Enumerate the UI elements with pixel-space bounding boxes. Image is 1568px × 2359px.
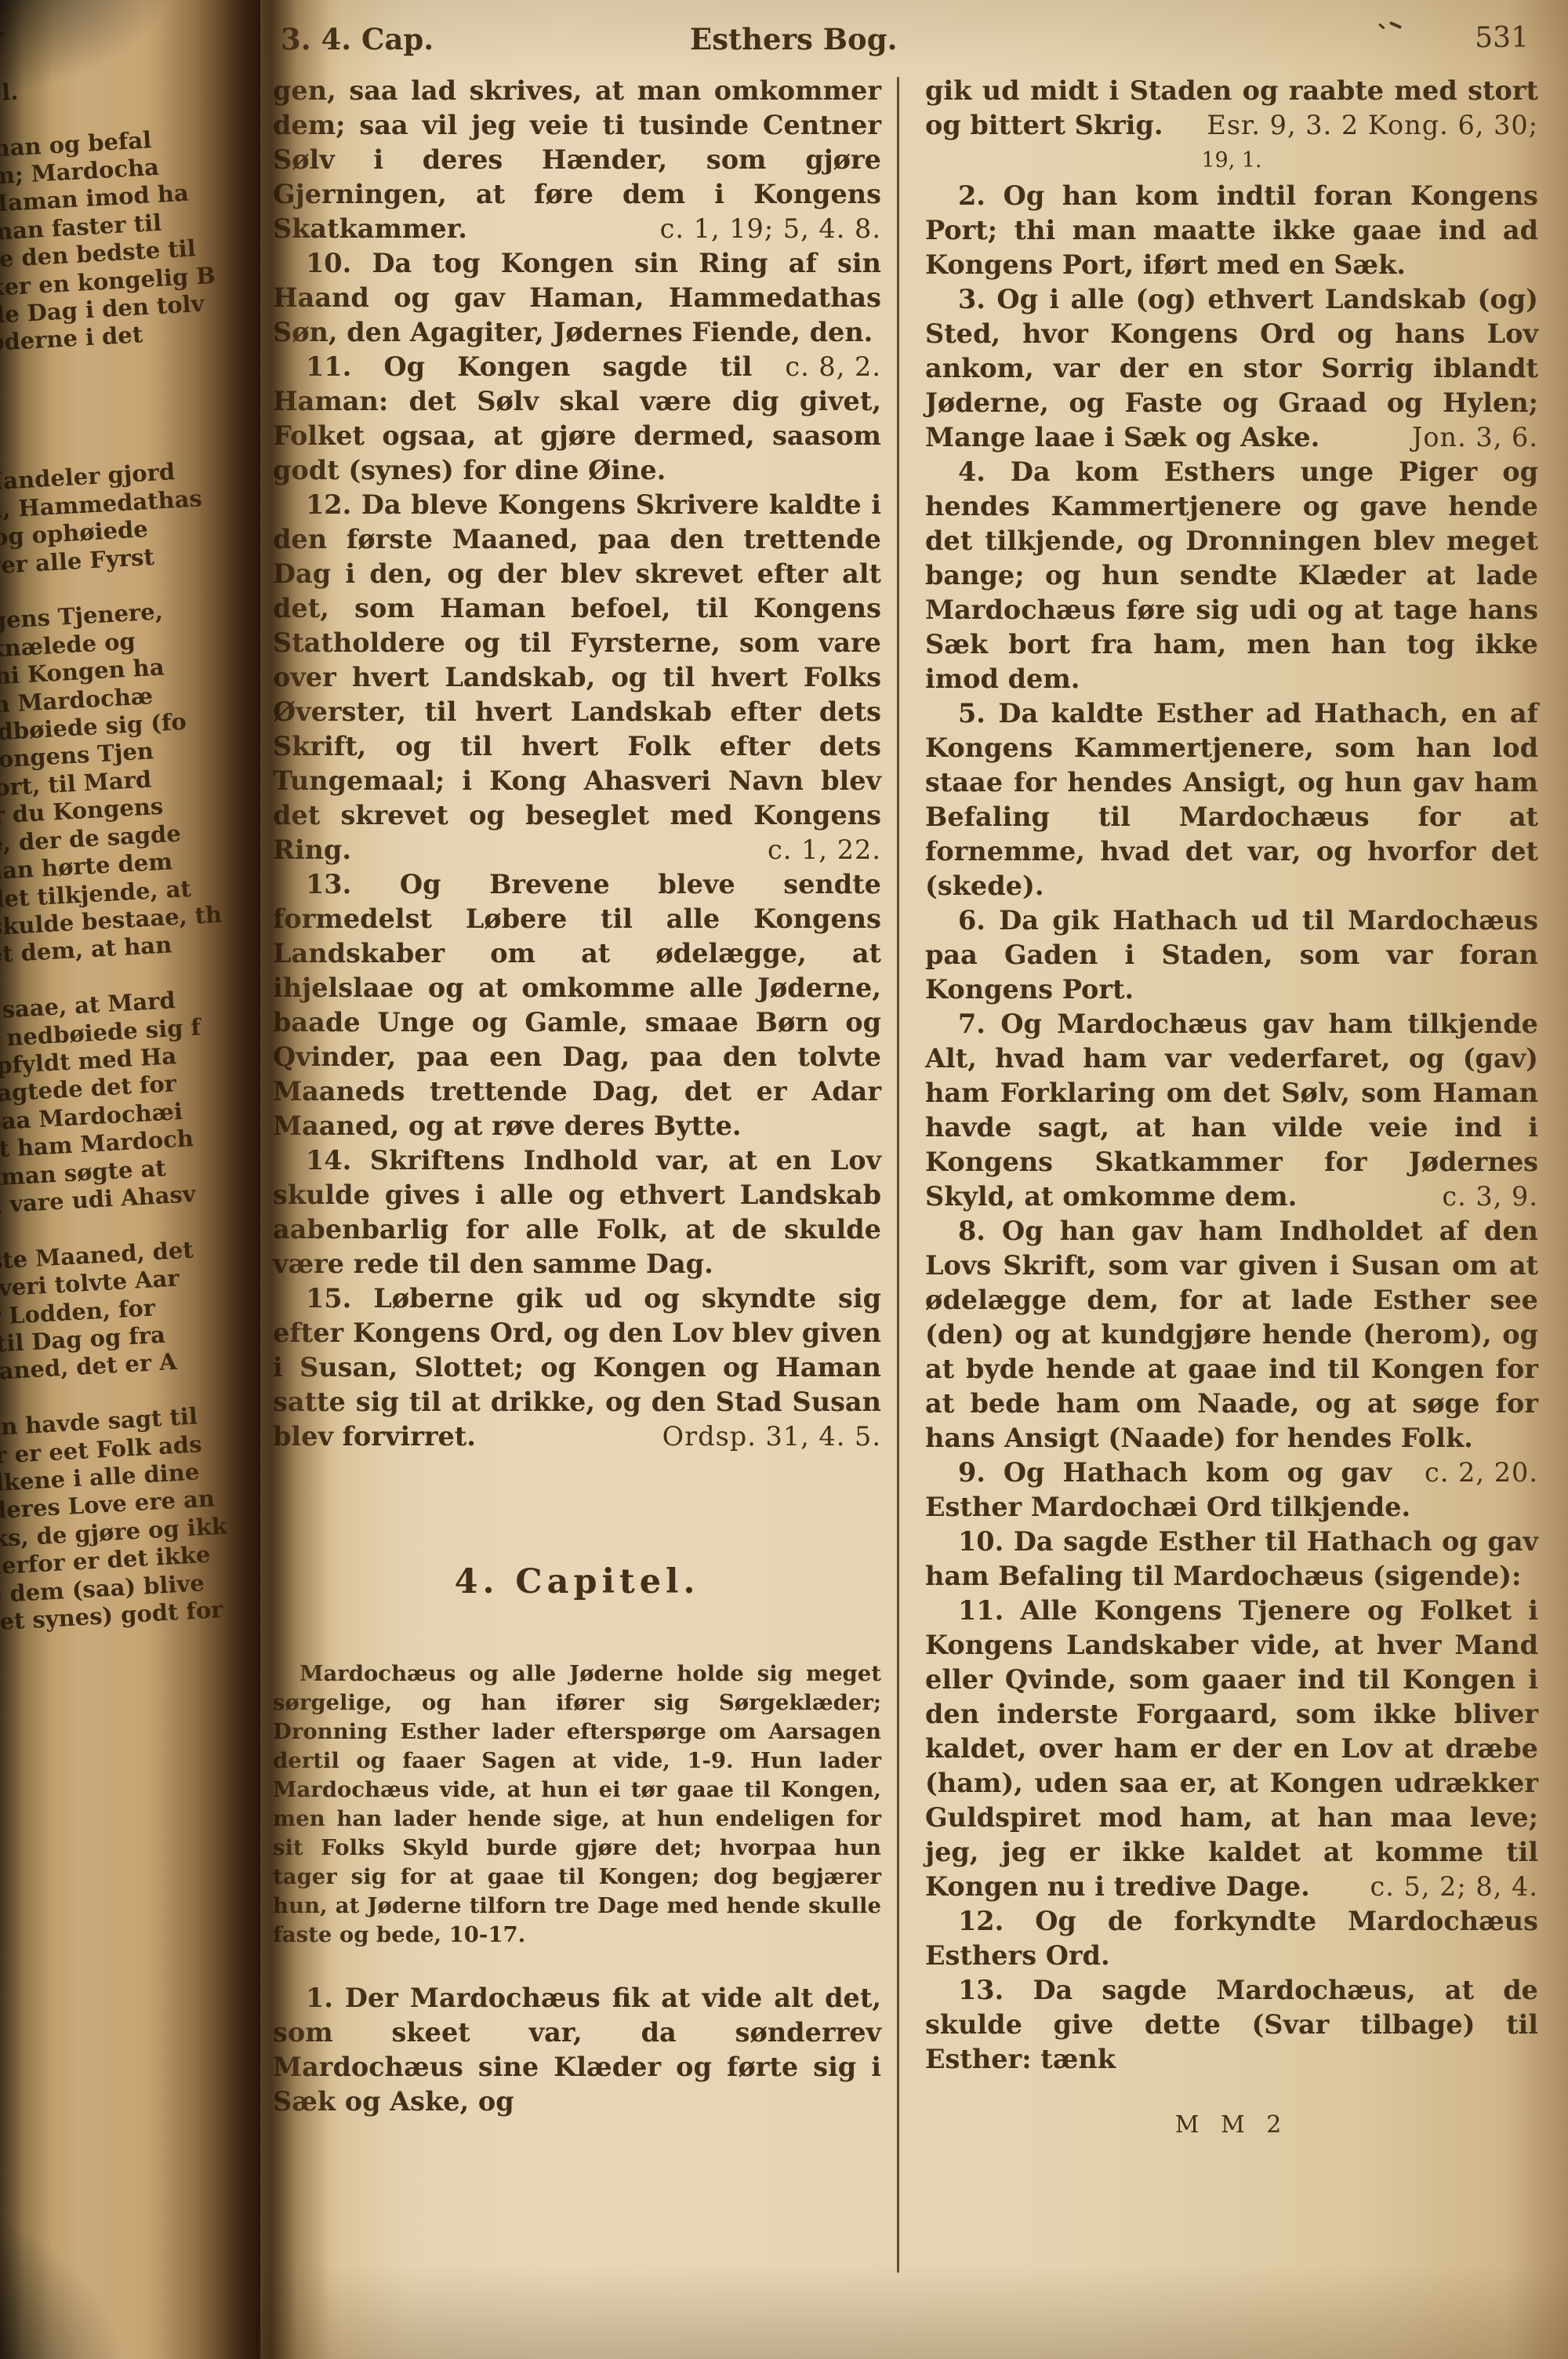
verse-paragraph: 14. Skriftens Indhold var, at en Lov sku… [273,1143,881,1281]
verse-paragraph: 6. Da gik Hathach ud til Mardochæus paa … [925,903,1538,1007]
chapter-heading: 4. Capitel. [273,1562,881,1601]
cross-reference: c. 1, 19; 5, 4. 8. [660,212,881,246]
cross-reference: Esr. 9, 3. 2 Kong. 6, 30; [1207,108,1538,143]
cross-reference: Jon. 3, 6. [1379,420,1538,455]
cross-reference: c. 3, 9. [1409,1179,1538,1214]
verse-paragraph: 3. Og i alle (og) ethvert Landskab (og) … [925,282,1538,455]
verse-paragraph: 10. Da tog Kongen sin Ring af sin Haand … [273,246,881,350]
verse-paragraph: gen, saa lad skrives, at man omkommer de… [273,74,881,246]
verse-paragraph: 2. Og han kom indtil foran Kongens Port;… [925,179,1538,282]
right-column: gik ud midt i Staden og raabte med stort… [925,74,1538,2139]
verse-paragraph: 1. Der Mardochæus fik at vide alt det, s… [273,1981,881,2119]
cross-reference: Ordsp. 31, 4. 5. [630,1419,881,1454]
verse-paragraph: gik ud midt i Staden og raabte med stort… [925,74,1538,143]
verse-list: 1. Der Mardochæus fik at vide alt det, s… [273,1981,881,2119]
pen-mark [1389,21,1402,29]
verse-paragraph: 13. Og Brevene bleve sendte formedelst L… [273,867,881,1143]
cross-reference-continuation: 19, 1. [925,143,1538,179]
verse-paragraph: 11. Alle Kongens Tjenere og Folket i Kon… [925,1594,1538,1904]
verse-paragraph: 7. Og Mardochæus gav ham tilkjende Alt, … [925,1007,1538,1214]
verse-paragraph: 10. Da sagde Esther til Hathach og gav h… [925,1525,1538,1594]
cross-reference: c. 8, 2. [752,350,881,384]
verse-paragraph: 12. Da bleve Kongens Skrivere kaldte i d… [273,488,881,867]
verse-paragraph: 4. Da kom Esthers unge Piger og hendes K… [925,455,1538,696]
cross-reference: c. 1, 22. [735,833,881,867]
left-column: gen, saa lad skrives, at man omkommer de… [273,74,881,2119]
verse-list: gen, saa lad skrives, at man omkommer de… [273,74,881,1454]
verse-paragraph: 15. Løberne gik ud og skyndte sig efter … [273,1281,881,1454]
printers-signature: M M 2 [925,2111,1538,2139]
verse-paragraph: 12. Og de forkyndte Mardochæus Esthers O… [925,1904,1538,1973]
left-page-edge: o Bog for 3. Capitel.pier Haman og befal… [0,0,260,2359]
cross-reference: c. 5, 2; 8, 4. [1338,1870,1539,1904]
chapter-summary: Mardochæus og alle Jøderne holde sig meg… [273,1659,881,1950]
book-photo: o Bog for 3. Capitel.pier Haman og befal… [0,0,1568,2359]
running-head-chapters: 3. 4. Cap. [281,22,434,56]
verse-paragraph: 8. Og han gav ham Indholdet af den Lovs … [925,1214,1538,1456]
page-number: 531 [1475,22,1529,54]
verse-list: gik ud midt i Staden og raabte med stort… [925,74,1538,2077]
right-page: 3. 4. Cap. Esthers Bog. 531 gen, saa lad… [260,0,1568,2359]
cross-reference: c. 2, 20. [1392,1456,1538,1490]
left-page-text-block: o Bog for 3. Capitel.pier Haman og befal… [0,2,260,1637]
verse-paragraph: 13. Da sagde Mardochæus, at de skulde gi… [925,1973,1538,2077]
column-divider [897,77,899,2273]
running-head-book-title: Esthers Bog. [690,22,897,56]
verse-paragraph: 5. Da kaldte Esther ad Hathach, en af Ko… [925,696,1538,903]
